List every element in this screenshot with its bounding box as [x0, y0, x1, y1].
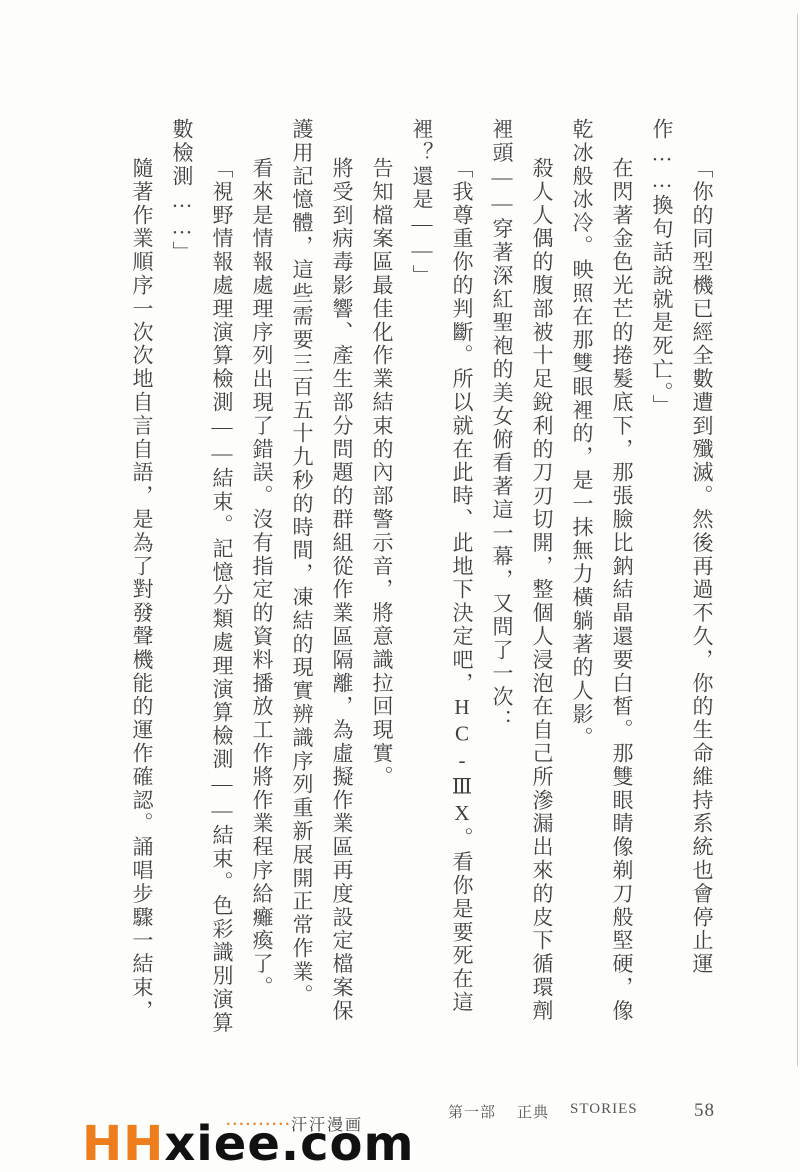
paragraph: 殺人人偶的腹部被十足銳利的刀刃切開，整個人浸泡在自己所滲漏出來的皮下循環劑裡頭—…	[482, 118, 562, 1045]
running-footer: 第一部 正典 STORIES	[448, 1101, 638, 1122]
page-number: 58	[694, 1100, 715, 1122]
paragraph: 看來是情報處理序列出現了錯誤。沒有指定的資料播放工作將作業程序給癱瘓了。	[242, 118, 282, 1045]
paragraph: 「你的同型機已經全數遭到殲滅。然後再過不久，你的生命維持系統也會停止運作……換句…	[642, 118, 722, 1045]
paragraph: 告知檔案區最佳化作業結束的內部警示音，將意識拉回現實。	[362, 118, 402, 1045]
paragraph: 隨著作業順序一次次地自言自語，是為了對發聲機能的運作確認。誦唱步驟一結束，	[122, 118, 162, 1045]
paragraph: 將受到病毒影響、產生部分問題的群組從作業區隔離，為虛擬作業區再度設定檔案保護用記…	[282, 118, 362, 1045]
footer-part-label: 第一部	[448, 1101, 496, 1122]
paragraph: 「我尊重你的判斷。所以就在此時、此地下決定吧，HC-ⅢX。看你是要死在這裡？還是…	[402, 118, 482, 1045]
logo-prefix: HH	[82, 1116, 164, 1172]
paragraph: 「視野情報處理演算檢測——結束。記憶分類處理演算檢測——結束。色彩識別演算數檢測…	[162, 118, 242, 1045]
footer-section-label: 正典	[517, 1101, 549, 1122]
logo-suffix: xiee.com	[164, 1116, 414, 1172]
scan-edge-line	[797, 14, 798, 1066]
paragraph: 在閃著金色光芒的捲髮底下，那張臉比鈉結晶還要白皙。那雙眼睛像剃刀般堅硬，像乾冰般…	[562, 118, 642, 1045]
text-block: 「你的同型機已經全數遭到殲滅。然後再過不久，你的生命維持系統也會停止運作……換句…	[122, 118, 722, 1045]
book-page: 「你的同型機已經全數遭到殲滅。然後再過不久，你的生命維持系統也會停止運作……換句…	[0, 0, 800, 1172]
site-logo: HHxiee.com	[82, 1116, 415, 1172]
footer-series-label: STORIES	[570, 1101, 638, 1122]
